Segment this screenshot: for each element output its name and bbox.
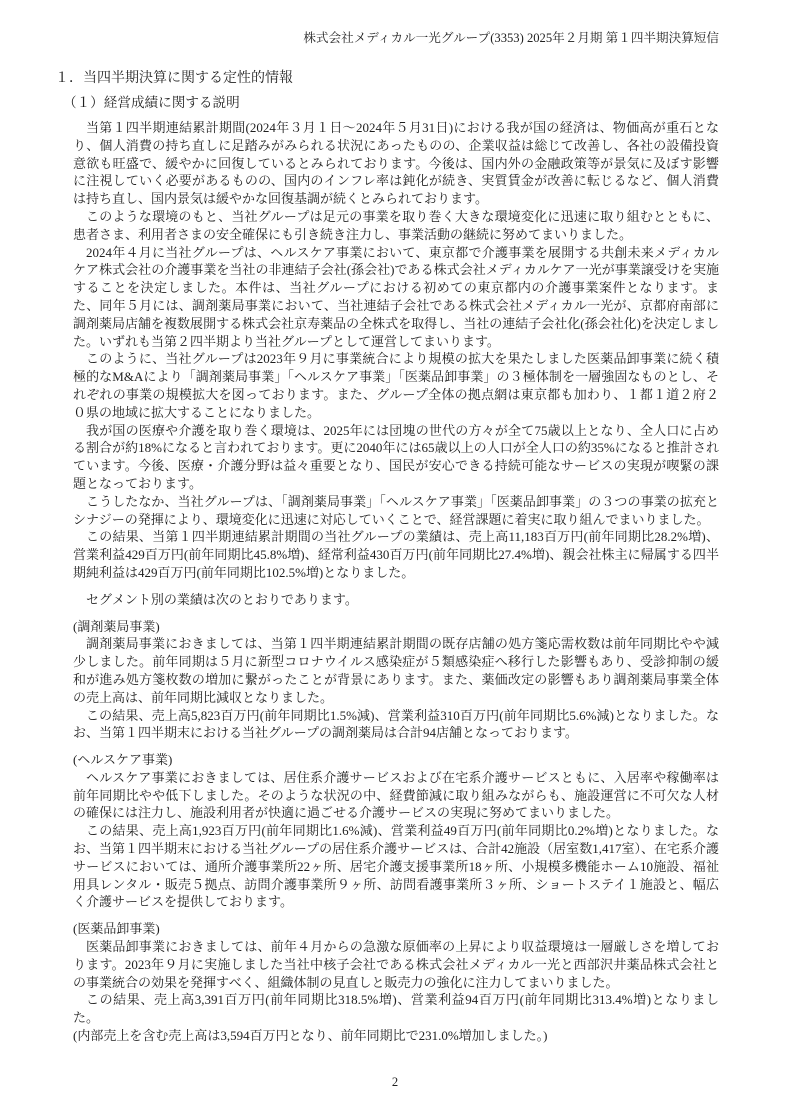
pharmacy-paragraph-results: この結果、売上高5,823百万円(前年同期比1.5%減)、営業利益310百万円(… [73, 707, 719, 743]
document-header: 株式会社メディカル一光グループ(3353) 2025年２月期 第１四半期決算短信 [73, 30, 719, 46]
intro-paragraph-group-response: このような環境のもと、当社グループは足元の事業を取り巻く大きな環境変化に迅速に取… [73, 208, 719, 244]
intro-paragraph-strategy: こうしたなか、当社グループは、「調剤薬局事業」「ヘルスケア事業」「医薬品卸事業」… [73, 493, 719, 529]
subsection-title: （１）経営成績に関する説明 [63, 93, 719, 113]
intro-paragraph-consolidated-results: この結果、当第１四半期連結累計期間の当社グループの業績は、売上高11,183百万… [73, 528, 719, 581]
segment-intro: セグメント別の業績は次のとおりであります。 [73, 591, 719, 609]
intro-paragraph-three-pillars: このように、当社グループは2023年９月に事業統合により規模の拡大を果たしました… [73, 350, 719, 421]
document-page: 株式会社メディカル一光グループ(3353) 2025年２月期 第１四半期決算短信… [0, 0, 790, 1118]
intro-paragraph-demographics: 我が国の医療や介護を取り巻く環境は、2025年には団塊の世代の方々が全て75歳以… [73, 422, 719, 493]
page-number: 2 [0, 1075, 790, 1090]
segment-label-pharmacy: (調剤薬局事業) [73, 618, 719, 636]
section-title: １．当四半期決算に関する定性的情報 [55, 69, 719, 89]
segment-label-healthcare: (ヘルスケア事業) [73, 751, 719, 769]
segment-label-wholesale: (医薬品卸事業) [73, 920, 719, 938]
wholesale-paragraph-internal-sales-note: (内部売上を含む売上高は3,594百万円となり、前年同期比で231.0%増加しま… [73, 1027, 719, 1045]
healthcare-paragraph-overview: ヘルスケア事業におきましては、居住系介護サービスおよび在宅系介護サービスともに、… [73, 769, 719, 822]
healthcare-paragraph-results: この結果、売上高1,923百万円(前年同期比1.6%減)、営業利益49百万円(前… [73, 822, 719, 911]
intro-paragraph-economy: 当第１四半期連結累計期間(2024年３月１日～2024年５月31日)における我が… [73, 119, 719, 208]
wholesale-paragraph-results: この結果、売上高3,391百万円(前年同期比318.5%増)、営業利益94百万円… [73, 991, 719, 1027]
wholesale-paragraph-overview: 医薬品卸事業におきましては、前年４月からの急激な原価率の上昇により収益環境は一層… [73, 938, 719, 991]
pharmacy-paragraph-overview: 調剤薬局事業におきましては、当第１四半期連結累計期間の既存店舗の処方箋応需枚数は… [73, 635, 719, 706]
intro-paragraph-ma-activity: 2024年４月に当社グループは、ヘルスケア事業において、東京都で介護事業を展開す… [73, 244, 719, 351]
